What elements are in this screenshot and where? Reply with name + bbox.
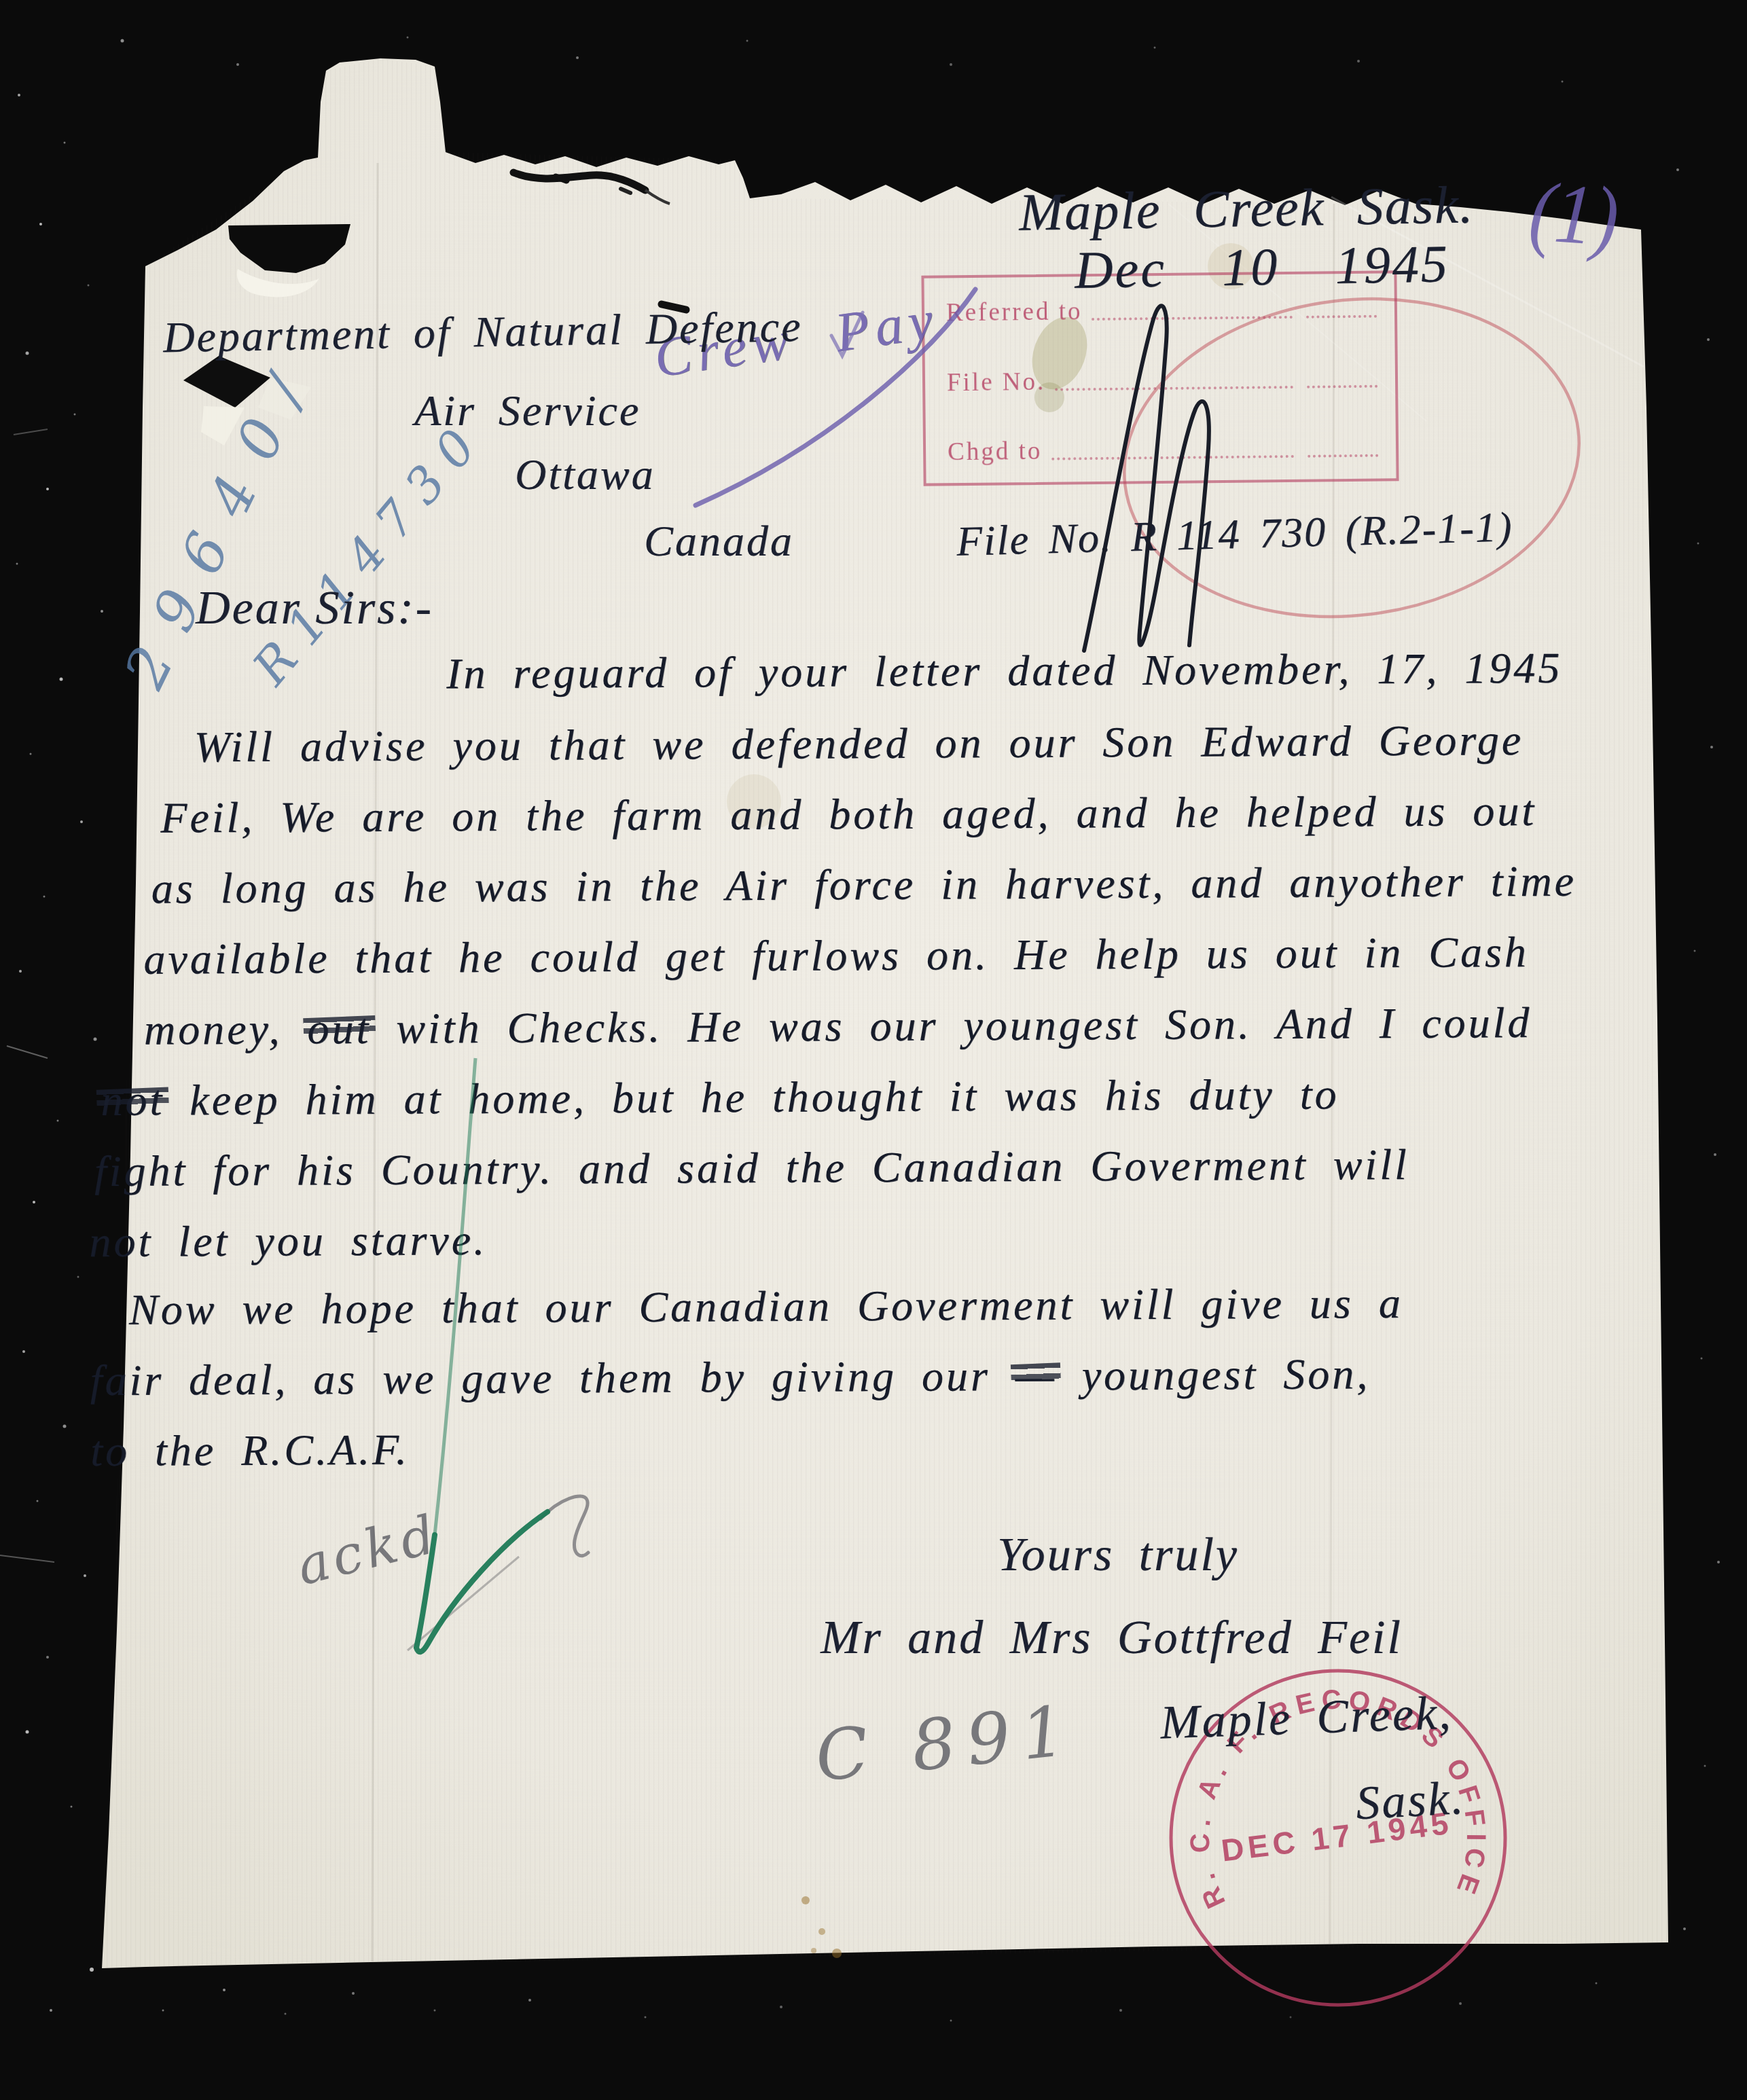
letter-line: fair deal, as we gave them by giving our… (90, 1349, 1370, 1406)
letter-line: Now we hope that our Canadian Goverment … (129, 1278, 1403, 1335)
letter-line: to the R.C.A.F. (90, 1425, 410, 1477)
letter-line: Will advise you that we defended on our … (194, 715, 1524, 772)
letter-line: available that he could get furlows on. … (143, 927, 1529, 985)
closing-line-2: Mr and Mrs Gottfred Feil (821, 1611, 1403, 1665)
scanned-letter-page: R. C. A. F. RECORDS OFFICE DEC 17 1945 R… (0, 0, 1747, 2100)
letter-line: Feil, We are on the farm and both aged, … (160, 786, 1536, 844)
letter-line: fight for his Country. and said the Cana… (94, 1140, 1409, 1197)
closing-line-1: Yours truly (997, 1528, 1239, 1582)
letter-line: money, out with Checks. He was our young… (144, 998, 1532, 1055)
closing-line-4: Sask. (1354, 1771, 1466, 1831)
letter-line: not let you starve. (89, 1215, 487, 1267)
letter-line: not keep him at home, but he thought it … (101, 1069, 1339, 1126)
letter-line: In reguard of your letter dated November… (446, 643, 1562, 700)
letter-line: as long as he was in the Air force in ha… (151, 856, 1577, 914)
closing-line-3: Maple Creek, (1159, 1686, 1454, 1751)
